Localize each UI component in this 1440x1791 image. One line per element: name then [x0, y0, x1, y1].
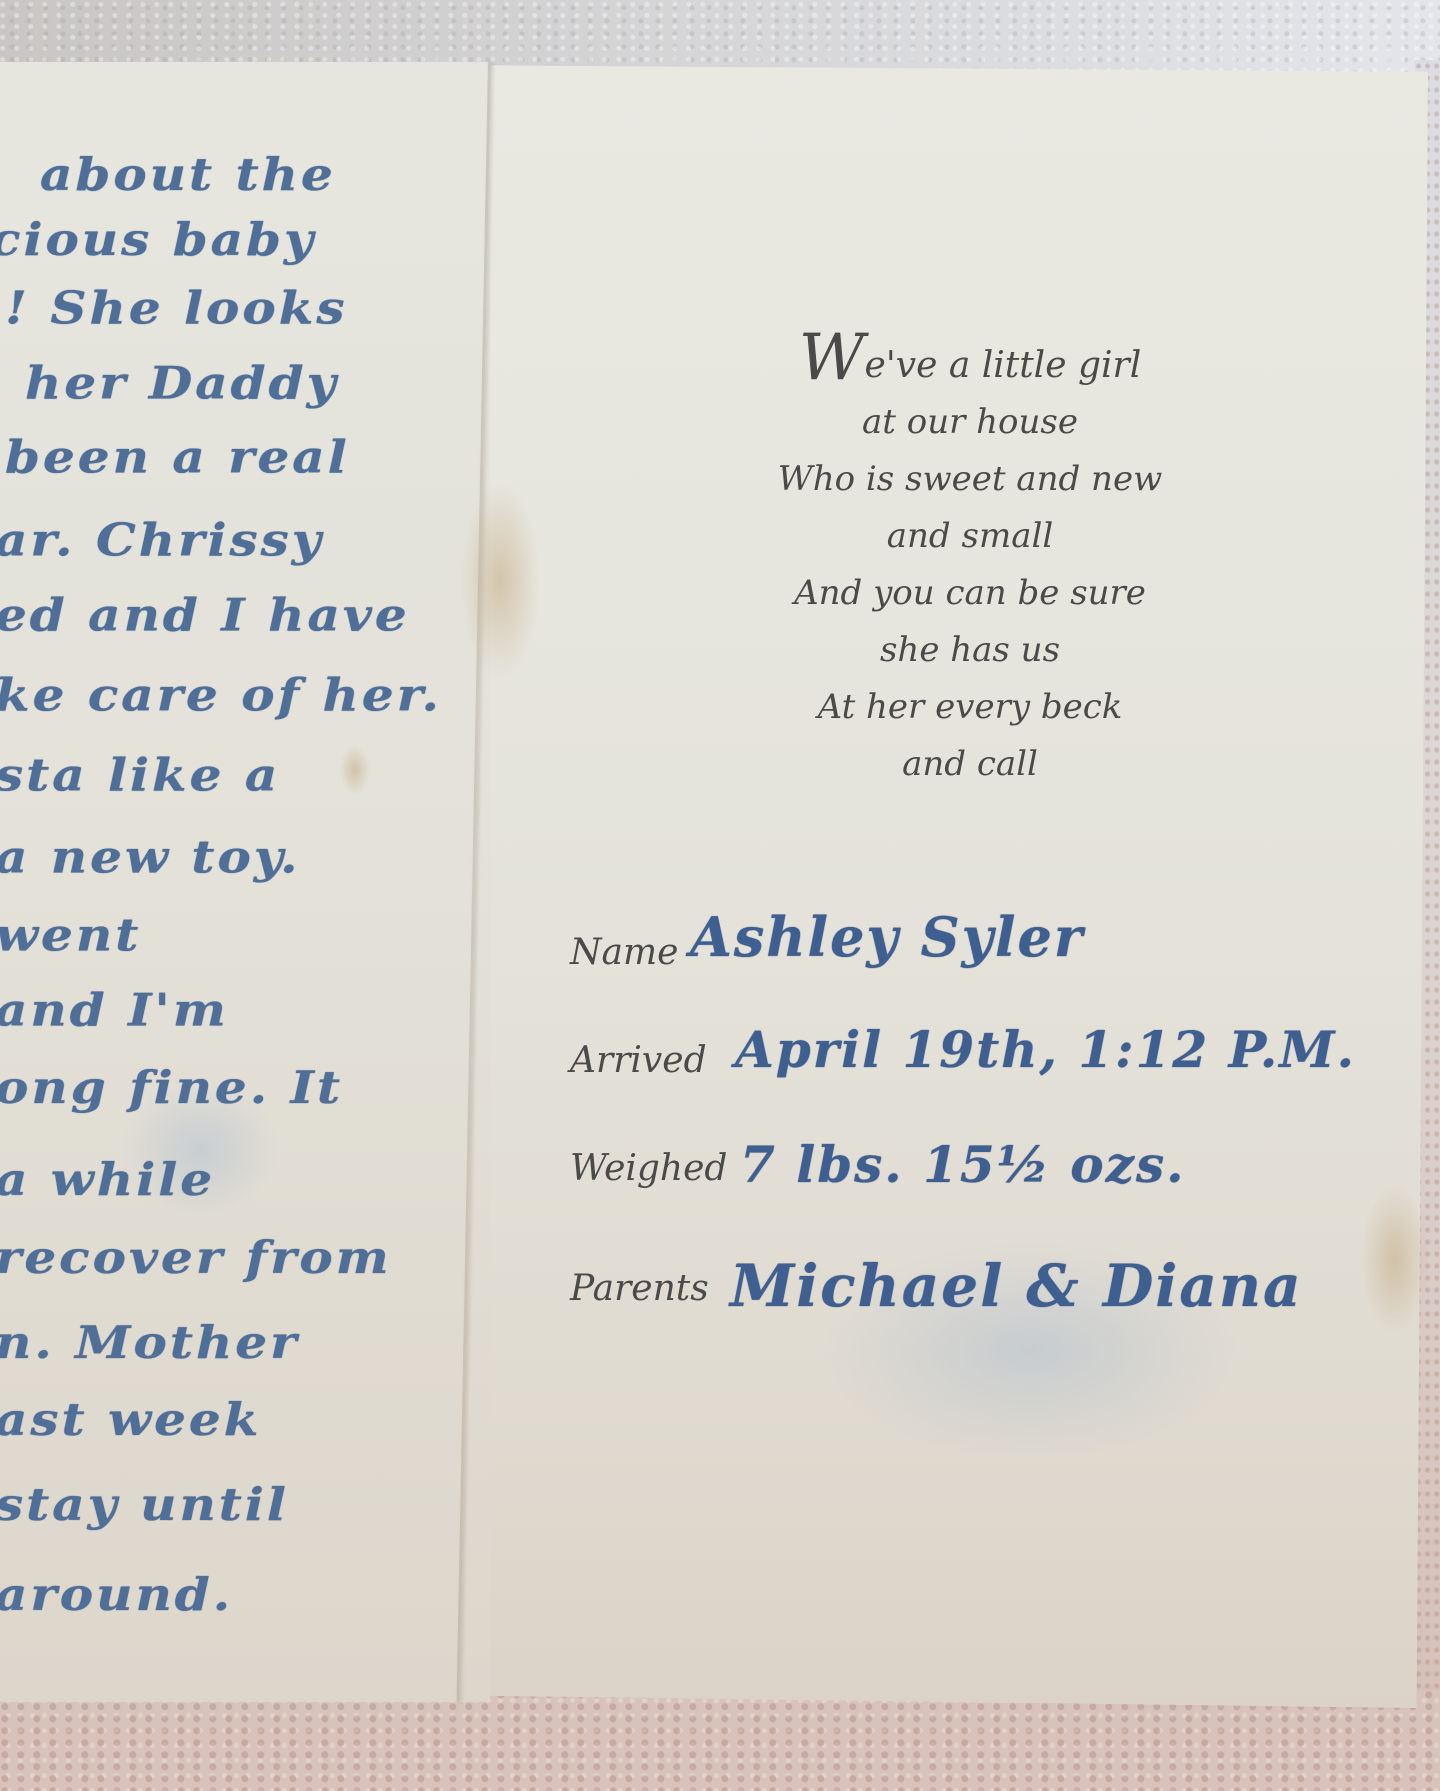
letter-line: stay until	[0, 1478, 289, 1531]
name-value: Ashley Syler	[690, 905, 1084, 969]
letter-line: been a real	[5, 430, 350, 483]
printed-poem: We've a little girl at our house Who is …	[760, 330, 1180, 793]
weighed-label: Weighed	[570, 1148, 727, 1189]
letter-line: a while	[0, 1153, 215, 1206]
letter-line: and I'm	[0, 983, 229, 1036]
arrived-label: Arrived	[570, 1040, 707, 1081]
poem-line: Who is sweet and new	[760, 451, 1180, 508]
poem-line: at our house	[760, 394, 1180, 451]
letter-line: a new toy.	[0, 830, 301, 883]
name-label: Name	[570, 932, 678, 973]
letter-line: n. Mother	[0, 1316, 299, 1369]
letter-line: ! She looks	[5, 281, 348, 334]
letter-line: ong fine. It	[0, 1061, 343, 1114]
water-stain-mid	[340, 745, 370, 795]
letter-line: went	[0, 908, 141, 961]
letter-line: about the	[40, 148, 336, 201]
letter-line: ed and I have	[0, 588, 410, 641]
weighed-value: 7 lbs. 15½ ozs.	[740, 1135, 1186, 1194]
letter-line: sta like a	[0, 748, 280, 801]
poem-initial: W	[799, 321, 865, 395]
poem-line-rest: e've a little girl	[865, 345, 1142, 386]
poem-line: she has us	[760, 622, 1180, 679]
letter-line: around.	[0, 1568, 233, 1621]
water-stain-fold	[460, 480, 540, 680]
poem-line: And you can be sure	[760, 565, 1180, 622]
letter-line: ast week	[0, 1393, 261, 1446]
letter-line: recover from	[0, 1231, 392, 1284]
parents-value: Michael & Diana	[730, 1252, 1303, 1320]
poem-line: At her every beck	[760, 679, 1180, 736]
letter-line: cious baby	[0, 213, 316, 266]
letter-line: ar. Chrissy	[0, 513, 324, 566]
poem-line: and small	[760, 508, 1180, 565]
parents-label: Parents	[570, 1268, 709, 1309]
arrived-value: April 19th, 1:12 P.M.	[735, 1020, 1356, 1079]
poem-line: We've a little girl	[760, 330, 1180, 394]
letter-line: her Daddy	[25, 356, 339, 409]
letter-line: ke care of her.	[0, 668, 442, 721]
poem-line: and call	[760, 736, 1180, 793]
water-stain-right	[1360, 1185, 1430, 1335]
